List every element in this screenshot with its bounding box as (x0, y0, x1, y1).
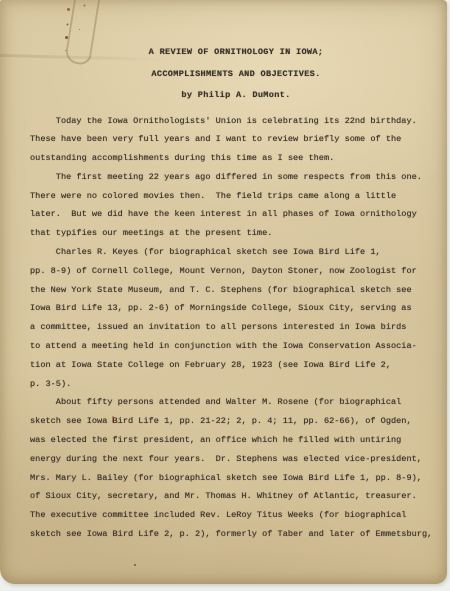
body-line: About fifty persons attended and Walter … (30, 393, 442, 412)
body-line: that typifies our meetings at the presen… (30, 224, 442, 243)
ink-speck (134, 564, 136, 566)
body-line: There were no colored movies then. The f… (30, 187, 442, 206)
body-line: Charles R. Keyes (for biographical sketc… (30, 243, 442, 262)
body-line: These have been very full years and I wa… (30, 130, 442, 149)
body-line: p. 3-5). (30, 375, 442, 394)
rust-spots (67, 8, 70, 11)
body-line: The executive committee included Rev. Le… (30, 506, 442, 525)
body-line: the New York State Museum, and T. C. Ste… (30, 281, 442, 300)
body-line: was elected the first president, an offi… (30, 431, 442, 450)
body-line: sketch see Iowa Bird Life 1, pp. 21-22; … (30, 412, 442, 431)
body-line: a committee, issued an invitation to all… (30, 318, 442, 337)
body-line: outstanding accomplishments during this … (30, 149, 442, 168)
document-body: Today the Iowa Ornithologists' Union is … (30, 112, 442, 544)
document-title-line2: ACCOMPLISHMENTS AND OBJECTIVES. (30, 64, 442, 86)
body-line: Mrs. Mary L. Bailey (for biographical sk… (30, 469, 442, 488)
body-line: of Sioux City, secretary, and Mr. Thomas… (30, 487, 442, 506)
body-line: Iowa Bird Life 13, pp. 2-6) of Morningsi… (30, 299, 442, 318)
body-line: tion at Iowa State College on February 2… (30, 356, 442, 375)
body-line: to attend a meeting held in conjunction … (30, 337, 442, 356)
document-byline: by Philip A. DuMont. (30, 85, 442, 107)
document-title-line1: A REVIEW OF ORNITHOLOGY IN IOWA; (30, 42, 442, 64)
body-line: energy during the next four years. Dr. S… (30, 450, 442, 469)
scanned-document-page: A REVIEW OF ORNITHOLOGY IN IOWA; ACCOMPL… (0, 0, 447, 584)
body-line: pp. 8-9) of Cornell College, Mount Verno… (30, 262, 442, 281)
body-line: sketch see Iowa Bird Life 2, p. 2), form… (30, 525, 442, 544)
typewritten-content: A REVIEW OF ORNITHOLOGY IN IOWA; ACCOMPL… (30, 42, 442, 544)
body-line: Today the Iowa Ornithologists' Union is … (30, 112, 442, 131)
body-line: later. But we did have the keen interest… (30, 205, 442, 224)
body-line: The first meeting 22 years ago differed … (30, 168, 442, 187)
